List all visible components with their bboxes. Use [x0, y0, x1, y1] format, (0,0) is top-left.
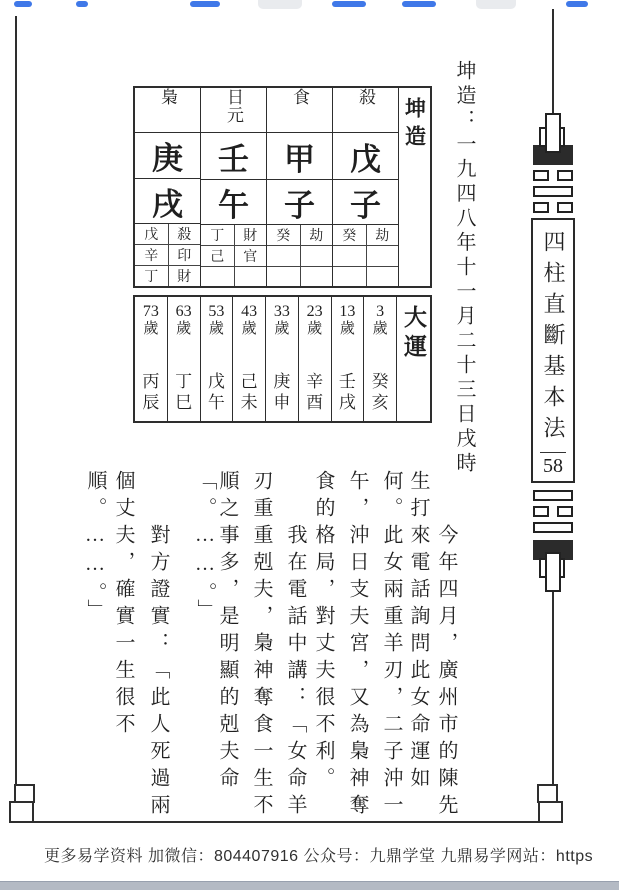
hidden-god-cell: 印: [168, 245, 201, 265]
hidden-row: [267, 267, 332, 287]
hidden-god-cell: [366, 267, 399, 287]
ten-god-cell: 殺: [333, 88, 398, 133]
age-unit: 歲: [274, 321, 289, 338]
luck-ganzhi: 丙辰: [142, 372, 159, 413]
chip-icon: [566, 1, 588, 7]
age-number: 33: [274, 303, 290, 321]
chip-icon: [76, 1, 88, 7]
earthly-branch: 戌: [135, 179, 200, 224]
hidden-god-cell: [234, 267, 267, 286]
earthly-branch: 午: [201, 180, 266, 225]
body-column: 午，沖日支夫宮，又為梟神奪: [345, 470, 368, 822]
age-unit: 歲: [373, 321, 388, 338]
luck-stem: 丙: [142, 372, 159, 392]
hidden-stem-cell: 丁: [135, 266, 168, 286]
hidden-stem-cell: [333, 246, 366, 266]
luck-branch: 未: [241, 393, 258, 413]
ten-god-label: 梟: [159, 88, 176, 133]
hidden-stem-cell: 己: [201, 246, 234, 266]
body-column: 順。……。」: [83, 470, 106, 822]
ten-god-cell: 梟: [135, 88, 200, 133]
trigram-li-icon: [533, 490, 573, 538]
pillar-column: 梟 庚 戌 戊殺 辛印 丁財: [135, 88, 201, 286]
hidden-god-cell: 殺: [168, 224, 201, 244]
luck-branch: 戌: [339, 393, 356, 413]
age-number: 13: [339, 303, 355, 321]
bottom-strip: [0, 881, 619, 890]
page-root: 梟 庚 戌 戊殺 辛印 丁財 日元 壬 午 丁財 己官 食 甲 子: [0, 0, 619, 890]
age-number: 3: [376, 303, 384, 321]
luck-pillar: 53歲 戊午: [201, 297, 234, 421]
hidden-god-cell: 官: [234, 246, 267, 266]
body-column: 順之事多，是明顯的剋夫命: [215, 470, 238, 822]
luck-ganzhi: 庚申: [273, 372, 290, 413]
hidden-god-cell: 劫: [300, 225, 333, 245]
body-column: 刃重重剋夫，梟神奪食一生不: [249, 470, 272, 822]
hidden-stems: 癸劫: [333, 225, 398, 286]
hidden-row: 丁財: [135, 266, 200, 286]
heavenly-stem: 戊: [333, 133, 398, 180]
luck-stem: 丁: [175, 372, 192, 392]
corner-ornament: [9, 801, 34, 823]
luck-age: 43歲: [241, 303, 257, 337]
hidden-god-cell: 財: [234, 225, 267, 245]
seal-narrow: [545, 552, 561, 592]
hidden-stem-cell: [267, 246, 300, 266]
luck-ganzhi: 己未: [241, 372, 258, 413]
top-strip: [0, 0, 619, 9]
luck-pillar: 33歲 庚申: [266, 297, 299, 421]
age-unit: 歲: [209, 321, 224, 338]
separator: [540, 452, 566, 453]
luck-age: 73歲: [143, 303, 159, 337]
body-column: 我在電話中講：「女命羊: [283, 524, 306, 822]
hidden-god-cell: [366, 246, 399, 266]
luck-branch: 申: [273, 393, 290, 413]
luck-ganzhi: 壬戌: [339, 372, 356, 413]
luck-stem: 庚: [273, 372, 290, 392]
frame-left-border: [15, 16, 17, 786]
chip-pill-icon: [258, 0, 302, 9]
solid-line: [533, 186, 573, 197]
footer-promo: 更多易学资料 加微信：804407916 公众号：九鼎学堂 九鼎易学网站：htt…: [44, 843, 593, 866]
hidden-row: [267, 246, 332, 267]
hidden-row: 癸劫: [333, 225, 398, 246]
hidden-stem-cell: [333, 267, 366, 287]
hidden-row: [201, 267, 266, 286]
hidden-stems: 丁財 己官: [201, 225, 266, 286]
hidden-stem-cell: [201, 267, 234, 286]
age-unit: 歲: [176, 321, 191, 338]
luck-age: 53歲: [208, 303, 224, 337]
ten-god-label: 日元: [225, 88, 242, 133]
body-column: 今年四月，廣州市的陳先: [434, 524, 457, 822]
luck-pillar: 73歲 丙辰: [135, 297, 168, 421]
chip-pill-icon: [476, 0, 516, 9]
luck-stem: 癸: [372, 372, 389, 392]
hidden-stem-cell: 戊: [135, 224, 168, 244]
luck-ganzhi: 丁巳: [175, 372, 192, 413]
book-title: 四柱直斷基本法: [542, 230, 564, 447]
hidden-stem-cell: [267, 267, 300, 287]
spine-line-top: [552, 9, 554, 113]
luck-branch: 午: [208, 393, 225, 413]
spine-title-box: 四柱直斷基本法 58: [531, 218, 575, 483]
luck-age: 13歲: [339, 303, 355, 337]
chart-type-label: 坤造: [400, 88, 430, 286]
hidden-row: 丁財: [201, 225, 266, 246]
broken-line: [533, 506, 573, 517]
chart-type-label-cell: 坤造: [399, 88, 430, 286]
hidden-stem-cell: 癸: [267, 225, 300, 245]
broken-line: [533, 202, 573, 213]
luck-branch: 辰: [142, 393, 159, 413]
hidden-row: 戊殺: [135, 224, 200, 245]
pillar-column: 殺 戊 子 癸劫: [333, 88, 399, 286]
corner-ornament: [538, 801, 563, 823]
body-column: 何。此女兩重羊刃，二子沖一: [379, 470, 402, 822]
luck-label: 大運: [397, 297, 430, 421]
trigram-kan-icon: [533, 170, 573, 218]
birth-caption: 坤造：一九四八年十一月二十三日戌時: [454, 60, 474, 480]
luck-age: 3歲: [373, 303, 388, 337]
age-number: 43: [241, 303, 257, 321]
hidden-row: [333, 267, 398, 287]
age-number: 63: [176, 303, 192, 321]
age-number: 23: [307, 303, 323, 321]
age-number: 53: [208, 303, 224, 321]
ten-god-cell: 食: [267, 88, 332, 133]
hidden-stem-cell: 丁: [201, 225, 234, 245]
luck-age: 33歲: [274, 303, 290, 337]
ten-god-label: 食: [291, 88, 308, 133]
hidden-row: [333, 246, 398, 267]
luck-cycles-table: 73歲 丙辰 63歲 丁巳 53歲 戊午 43歲 己未 33歲 庚申 23歲 辛…: [133, 295, 432, 423]
pillar-column: 食 甲 子 癸劫: [267, 88, 333, 286]
hidden-stems: 癸劫: [267, 225, 332, 286]
hidden-god-cell: [300, 267, 333, 287]
luck-pillar: 63歲 丁巳: [168, 297, 201, 421]
broken-line: [533, 170, 573, 181]
chip-icon: [332, 1, 366, 7]
luck-pillar: 43歲 己未: [233, 297, 266, 421]
hidden-god-cell: 劫: [366, 225, 399, 245]
hidden-row: 癸劫: [267, 225, 332, 246]
luck-ganzhi: 癸亥: [372, 372, 389, 413]
page-number: 58: [543, 455, 563, 478]
heavenly-stem: 甲: [267, 133, 332, 180]
luck-pillar: 13歲 壬戌: [332, 297, 365, 421]
hidden-row: 己官: [201, 246, 266, 267]
ten-god-label: 殺: [357, 88, 374, 133]
hidden-god-cell: 財: [168, 266, 201, 286]
age-unit: 歲: [307, 321, 322, 338]
body-column: 生打來電話詢問此女命運如: [406, 470, 429, 822]
seal-narrow: [545, 113, 561, 153]
luck-branch: 巳: [175, 393, 192, 413]
luck-stem: 戊: [208, 372, 225, 392]
luck-ganzhi: 戊午: [208, 372, 225, 413]
hidden-god-cell: [300, 246, 333, 266]
hidden-stems: 戊殺 辛印 丁財: [135, 224, 200, 286]
spine-line-bottom: [552, 592, 554, 784]
body-column: 對方證實：「此人死過兩: [146, 524, 169, 822]
heavenly-stem: 壬: [201, 133, 266, 180]
luck-age: 63歲: [176, 303, 192, 337]
age-unit: 歲: [340, 321, 355, 338]
luck-branch: 酉: [306, 393, 323, 413]
luck-pillar: 3歲 癸亥: [364, 297, 397, 421]
luck-label-cell: 大運: [397, 297, 430, 421]
chip-icon: [402, 1, 436, 7]
luck-age: 23歲: [307, 303, 323, 337]
hidden-stem-cell: 辛: [135, 245, 168, 265]
age-unit: 歲: [242, 321, 257, 338]
luck-ganzhi: 辛酉: [306, 372, 323, 413]
luck-pillar: 23歲 辛酉: [299, 297, 332, 421]
pillar-column: 日元 壬 午 丁財 己官: [201, 88, 267, 286]
age-number: 73: [143, 303, 159, 321]
heavenly-stem: 庚: [135, 133, 200, 179]
body-column: 食的格局，對丈夫很不利。: [311, 470, 334, 822]
luck-stem: 己: [241, 372, 258, 392]
earthly-branch: 子: [267, 180, 332, 225]
luck-stem: 壬: [339, 372, 356, 392]
luck-branch: 亥: [372, 393, 389, 413]
earthly-branch: 子: [333, 180, 398, 225]
solid-line: [533, 490, 573, 501]
hidden-row: 辛印: [135, 245, 200, 266]
chip-icon: [14, 1, 32, 7]
body-column: 「。……。」: [193, 470, 216, 822]
solid-line: [533, 522, 573, 533]
four-pillars-table: 梟 庚 戌 戊殺 辛印 丁財 日元 壬 午 丁財 己官 食 甲 子: [133, 86, 432, 288]
luck-stem: 辛: [306, 372, 323, 392]
body-column: 個丈夫，確實一生很不: [111, 470, 134, 822]
ten-god-cell: 日元: [201, 88, 266, 133]
hidden-stem-cell: 癸: [333, 225, 366, 245]
chip-icon: [190, 1, 220, 7]
age-unit: 歲: [143, 321, 158, 338]
